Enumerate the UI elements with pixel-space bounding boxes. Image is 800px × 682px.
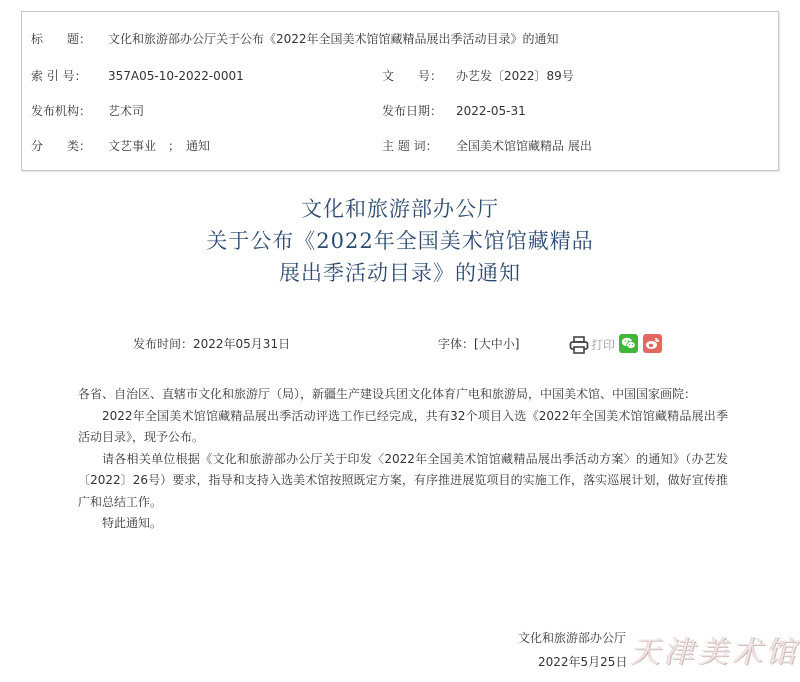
meta-index-label: 索 引 号：	[31, 66, 87, 86]
meta-keywords-value: 全国美术馆馆藏精品 展出	[456, 136, 592, 156]
weibo-icon	[645, 337, 660, 350]
wechat-icon	[621, 337, 636, 350]
title-line-3: 展出季活动目录》的通知	[0, 257, 800, 289]
watermark-logo: 天津美术馆	[630, 633, 800, 673]
body-closing: 特此通知。	[78, 513, 728, 535]
meta-index-value: 357A05-10-2022-0001	[108, 66, 244, 86]
font-large-button[interactable]: 大	[479, 337, 491, 351]
meta-org-label: 发布机构：	[31, 101, 91, 121]
meta-date-value: 2022-05-31	[456, 101, 526, 121]
meta-category-label: 分 类：	[31, 136, 91, 156]
meta-row-org: 发布机构： 艺术司 发布日期： 2022-05-31	[22, 101, 778, 121]
body-salutation: 各省、自治区、直辖市文化和旅游厅（局），新疆生产建设兵团文化体育广电和旅游局，中…	[78, 384, 728, 406]
meta-row-category: 分 类： 文艺事业 ； 通知 主 题 词： 全国美术馆馆藏精品 展出	[22, 136, 778, 156]
document-meta-box: 标 题： 文化和旅游部办公厅关于公布《2022年全国美术馆馆藏精品展出季活动目录…	[21, 11, 779, 171]
publish-time: 发布时间：2022年05月31日	[133, 333, 290, 355]
print-label: 打印	[591, 334, 615, 356]
publish-bar: 发布时间：2022年05月31日 字体：[大中小] 打印	[0, 333, 800, 355]
document-title: 文化和旅游部办公厅 关于公布《2022年全国美术馆馆藏精品 展出季活动目录》的通…	[0, 193, 800, 289]
meta-docno-value: 办艺发〔2022〕89号	[456, 66, 574, 86]
meta-row-index: 索 引 号： 357A05-10-2022-0001 文 号： 办艺发〔2022…	[22, 66, 778, 86]
font-size-control: 字体：[大中小]	[438, 333, 519, 355]
meta-docno-label: 文 号：	[382, 66, 442, 86]
meta-title-label: 标 题：	[31, 29, 91, 49]
signature-org: 文化和旅游部办公厅	[518, 630, 626, 646]
title-line-1: 文化和旅游部办公厅	[0, 193, 800, 225]
title-line-2: 关于公布《2022年全国美术馆馆藏精品	[0, 225, 800, 257]
meta-date-label: 发布日期：	[382, 101, 442, 121]
body-paragraph-2: 请各相关单位根据《文化和旅游部办公厅关于印发〈2022年全国美术馆馆藏精品展出季…	[78, 449, 728, 514]
meta-keywords-label: 主 题 词：	[382, 136, 438, 156]
weibo-share-button[interactable]	[643, 334, 662, 353]
font-bracket-close: ]	[515, 337, 520, 351]
signature-date: 2022年5月25日	[538, 654, 627, 670]
meta-category-value: 文艺事业 ； 通知	[108, 136, 210, 156]
document-body: 各省、自治区、直辖市文化和旅游厅（局），新疆生产建设兵团文化体育广电和旅游局，中…	[78, 384, 728, 535]
font-label: 字体：	[438, 337, 474, 351]
print-button[interactable]: 打印	[569, 334, 615, 356]
body-paragraph-1: 2022年全国美术馆馆藏精品展出季活动评选工作已经完成，共有32个项目入选《20…	[78, 406, 728, 449]
printer-icon	[569, 336, 589, 354]
wechat-share-button[interactable]	[619, 334, 638, 353]
font-medium-button[interactable]: 中	[491, 337, 503, 351]
page: 标 题： 文化和旅游部办公厅关于公布《2022年全国美术馆馆藏精品展出季活动目录…	[0, 0, 800, 682]
font-small-button[interactable]: 小	[503, 337, 515, 351]
meta-row-title: 标 题： 文化和旅游部办公厅关于公布《2022年全国美术馆馆藏精品展出季活动目录…	[22, 29, 778, 49]
meta-title-value: 文化和旅游部办公厅关于公布《2022年全国美术馆馆藏精品展出季活动目录》的通知	[108, 29, 559, 49]
meta-org-value: 艺术司	[108, 101, 144, 121]
